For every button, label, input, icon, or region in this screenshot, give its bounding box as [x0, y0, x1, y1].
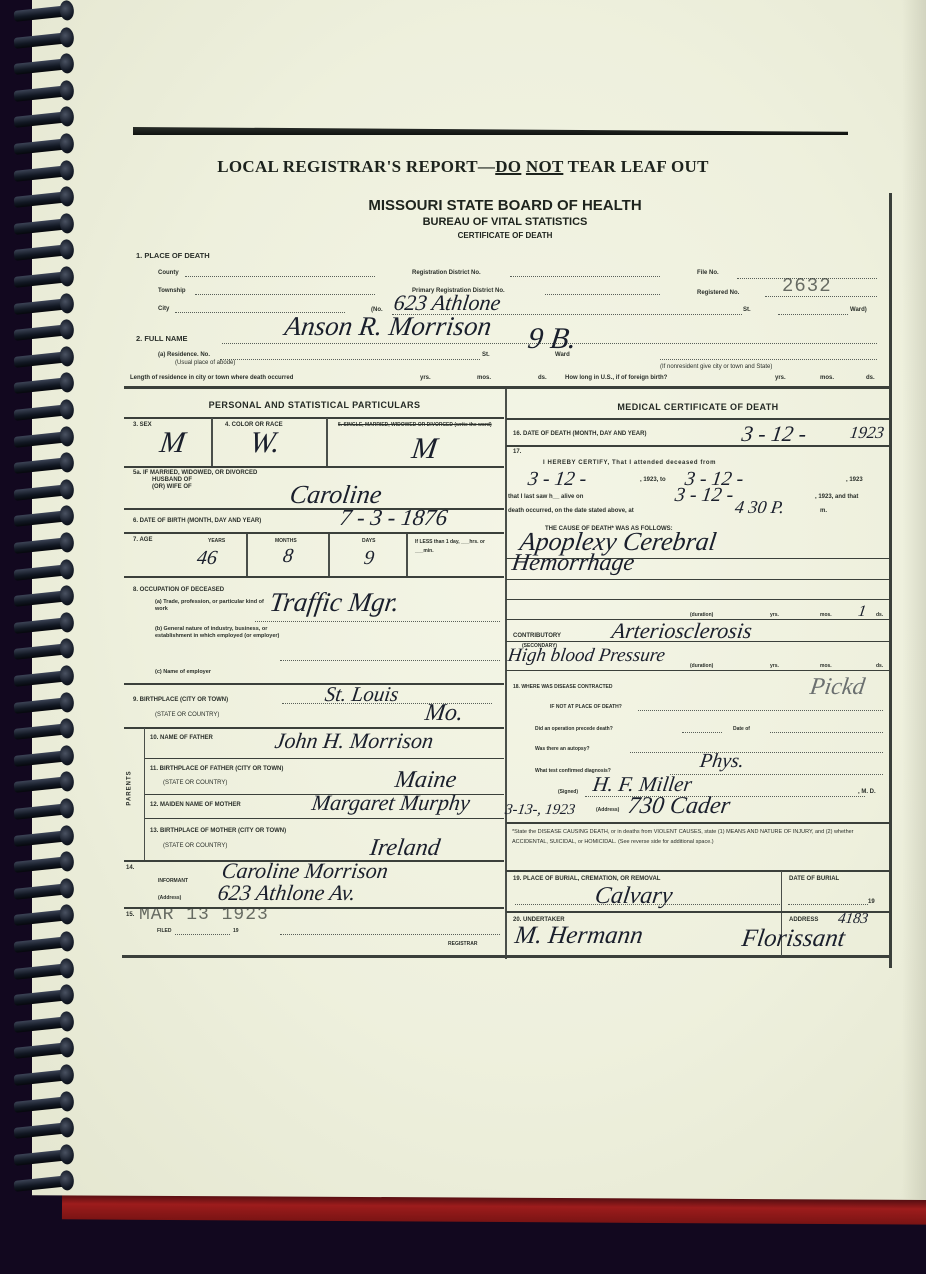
registrar-label: REGISTRAR	[448, 941, 477, 947]
divider	[326, 418, 328, 468]
burial-label: 19. PLACE OF BURIAL, CREMATION, OR REMOV…	[513, 876, 660, 882]
filed-stamp: MAR 13 1923	[139, 905, 269, 925]
dob-value: 7 - 3 - 1876	[338, 505, 449, 531]
duration2-yrs: yrs.	[770, 663, 779, 669]
race-value: W.	[248, 426, 283, 460]
where-value: Pickd	[808, 674, 866, 701]
operation-field[interactable]	[682, 732, 722, 733]
reg-district-field[interactable]	[510, 276, 660, 277]
registered-no-value: 2632	[782, 275, 832, 297]
spouse-label-3: (OR) WIFE OF	[152, 484, 192, 490]
footnote: *State the DISEASE CAUSING DEATH, or in …	[512, 827, 884, 847]
residence-field[interactable]	[220, 359, 480, 360]
filed-19: 19	[233, 928, 239, 934]
length-ds: ds.	[538, 375, 547, 381]
death-occurred-label: death occurred, on the date stated above…	[508, 508, 634, 514]
full-name-value: Anson R. Morrison	[283, 311, 494, 342]
occ-a-field[interactable]	[255, 621, 500, 622]
burial-value: Calvary	[593, 883, 674, 910]
report-title-pre: LOCAL REGISTRAR'S REPORT—	[217, 157, 495, 176]
attended-to-year: , 1923	[846, 477, 863, 483]
address-value: 730 Cader	[626, 793, 732, 820]
autopsy-field[interactable]	[630, 752, 883, 753]
report-title: LOCAL REGISTRAR'S REPORT—DO NOT TEAR LEA…	[0, 157, 926, 177]
filed-num: 15.	[126, 912, 134, 918]
last-saw-year: , 1923, and that	[815, 494, 858, 500]
filed-label: FILED	[157, 928, 171, 934]
mother-label: 12. MAIDEN NAME OF MOTHER	[150, 802, 241, 808]
report-title-not: NOT	[526, 157, 563, 176]
file-no-label: File No.	[697, 270, 719, 276]
burial-field[interactable]	[515, 904, 780, 905]
ward-label: Ward)	[850, 307, 867, 313]
birthplace-state-label: (STATE OR COUNTRY)	[155, 712, 219, 718]
column-divider	[505, 389, 507, 959]
occupation-label: 8. OCCUPATION OF DECEASED	[133, 587, 224, 593]
date-burial-label: DATE OF BURIAL	[789, 876, 839, 882]
years-label: YEARS	[208, 538, 225, 544]
time-suffix: m.	[820, 508, 827, 514]
divider	[506, 911, 889, 913]
divider	[145, 818, 504, 819]
divider	[246, 534, 248, 576]
primary-reg-district-field[interactable]	[545, 294, 660, 295]
informant-address-value: 623 Athlone Av.	[216, 880, 357, 906]
last-saw-label: that I last saw h__ alive on	[508, 494, 583, 500]
death-certificate-form: LOCAL REGISTRAR'S REPORT—DO NOT TEAR LEA…	[0, 0, 926, 1274]
mother-state-label: (STATE OR COUNTRY)	[163, 843, 227, 849]
father-birthplace-label: 11. BIRTHPLACE OF FATHER (CITY OR TOWN)	[150, 766, 283, 772]
test-field[interactable]	[670, 774, 883, 775]
date-of-death-year: 1923	[849, 423, 886, 443]
residence-ward-label: Ward	[555, 352, 570, 358]
duration-mos: mos.	[820, 612, 832, 618]
bureau-title: BUREAU OF VITAL STATISTICS	[0, 216, 926, 228]
residence-extra-field[interactable]	[660, 359, 877, 360]
informant-label: INFORMANT	[158, 878, 188, 884]
mother-value: Margaret Murphy	[310, 790, 472, 816]
date-of-death-value: 3 - 12 -	[740, 421, 808, 447]
bottom-rule	[122, 955, 892, 958]
place-of-death-label: 1. PLACE OF DEATH	[136, 251, 210, 260]
occ-b-label: (b) General nature of industry, business…	[155, 626, 285, 640]
occ-a-value: Traffic Mgr.	[268, 587, 401, 618]
parents-label: PARENTS	[127, 770, 133, 805]
length-residence-label: Length of residence in city or town wher…	[130, 375, 293, 381]
age-label: 7. AGE	[133, 537, 152, 543]
where-field[interactable]	[638, 710, 883, 711]
date-of-label: Date of	[733, 726, 750, 732]
mother-birthplace-label: 13. BIRTHPLACE OF MOTHER (CITY OR TOWN)	[150, 828, 286, 834]
report-title-do: DO	[495, 157, 521, 176]
address2-label: ADDRESS	[789, 917, 818, 923]
test-value: Phys.	[698, 750, 745, 773]
length-mos: mos.	[477, 375, 491, 381]
divider	[506, 599, 889, 600]
operation-label: Did an operation precede death?	[535, 726, 613, 732]
divider	[506, 670, 889, 671]
registrar-field[interactable]	[280, 934, 500, 935]
registered-no-label: Registered No.	[697, 290, 739, 296]
duration2-mos: mos.	[820, 663, 832, 669]
occ-a-label: (a) Trade, profession, or particular kin…	[155, 599, 265, 613]
days-label: DAYS	[362, 538, 375, 544]
personal-section-title: PERSONAL AND STATISTICAL PARTICULARS	[124, 400, 505, 410]
attended-from-year: , 1923, to	[640, 477, 666, 483]
divider	[506, 445, 889, 447]
md-label: , M. D.	[858, 789, 876, 795]
marital-label: 5. SINGLE, MARRIED, WIDOWED OR DIVORCED …	[338, 422, 498, 429]
township-field[interactable]	[195, 294, 375, 295]
time-value: 4 30 P.	[734, 497, 786, 518]
address-label: (Address)	[596, 807, 619, 813]
less-than-label: If LESS than 1 day, ___hrs. or ___min.	[415, 538, 495, 556]
county-field[interactable]	[185, 276, 375, 277]
city-label: City	[158, 306, 169, 312]
divider	[506, 641, 889, 642]
sex-value: M	[158, 426, 188, 460]
date-burial-19: 19	[868, 899, 875, 905]
divider	[124, 417, 504, 419]
section-divider-top	[124, 386, 890, 389]
ward-field[interactable]	[778, 314, 848, 315]
divider	[211, 418, 213, 468]
residence-st-label: St.	[482, 352, 490, 358]
how-long-mos: mos.	[820, 375, 834, 381]
marital-value: M	[410, 432, 440, 466]
full-name-label: 2. FULL NAME	[136, 334, 188, 343]
residence-ward-value: 9 B.	[526, 322, 579, 356]
county-label: County	[158, 270, 179, 276]
divider	[124, 683, 504, 685]
attended-from: 3 - 12 -	[526, 468, 588, 491]
duration2-ds: ds.	[876, 663, 883, 669]
medical-section-title: MEDICAL CERTIFICATE OF DEATH	[506, 402, 890, 412]
address2-city: Florissant	[740, 925, 847, 953]
days-value: 9	[362, 547, 375, 570]
father-value: John H. Morrison	[273, 728, 435, 754]
length-yrs: yrs.	[420, 375, 431, 381]
sex-label: 3. SEX	[133, 422, 152, 428]
how-long-label: How long in U.S., if of foreign birth?	[565, 375, 667, 381]
top-rule	[133, 127, 848, 135]
signed-date-value: 3-13-, 1923	[504, 802, 576, 819]
certificate-title: CERTIFICATE OF DEATH	[0, 231, 926, 240]
township-label: Township	[158, 288, 186, 294]
usual-place-label: (Usual place of abode)	[175, 360, 235, 366]
dob-label: 6. DATE OF BIRTH (MONTH, DAY AND YEAR)	[133, 518, 261, 524]
undertaker-value: M. Hermann	[513, 922, 645, 950]
date-of-death-label: 16. DATE OF DEATH (MONTH, DAY AND YEAR)	[513, 431, 646, 437]
divider	[506, 579, 889, 580]
months-value: 8	[281, 545, 294, 568]
divider	[124, 466, 504, 468]
duration-ds: ds.	[876, 612, 883, 618]
secondary-value: High blood Pressure	[506, 645, 666, 667]
nonresident-note: (If nonresident give city or town and St…	[660, 364, 772, 370]
last-saw-value: 3 - 12 -	[673, 484, 735, 507]
divider	[506, 870, 889, 872]
autopsy-label: Was there an autopsy?	[535, 746, 590, 752]
frame-right	[889, 193, 892, 968]
residence-label: (a) Residence. No.	[158, 352, 210, 358]
contributory-label: CONTRIBUTORY	[513, 633, 561, 639]
birthplace-state-value: Mo.	[423, 700, 465, 727]
where-contracted-label: 18. WHERE WAS DISEASE CONTRACTED	[513, 684, 612, 690]
divider	[506, 418, 889, 420]
duration-yrs: yrs.	[770, 612, 779, 618]
years-value: 46	[195, 547, 218, 570]
months-label: MONTHS	[275, 538, 297, 544]
informant-num: 14.	[126, 865, 134, 871]
certify-text: I HEREBY CERTIFY, That I attended deceas…	[543, 460, 716, 466]
report-title-post: TEAR LEAF OUT	[568, 157, 709, 176]
how-long-yrs: yrs.	[775, 375, 786, 381]
divider	[124, 532, 504, 534]
divider	[328, 534, 330, 576]
reg-district-label: Registration District No.	[412, 270, 481, 276]
street-st-label: St.	[743, 307, 751, 313]
board-title: MISSOURI STATE BOARD OF HEALTH	[0, 197, 926, 214]
duration2-label: (duration)	[690, 663, 713, 669]
father-state-label: (STATE OR COUNTRY)	[163, 780, 227, 786]
spouse-label-1: 5a. IF MARRIED, WIDOWED, OR DIVORCED	[133, 470, 257, 476]
divider	[406, 534, 408, 576]
birthplace-label: 9. BIRTHPLACE (CITY OR TOWN)	[133, 697, 228, 703]
father-label: 10. NAME OF FATHER	[150, 735, 213, 741]
how-long-ds: ds.	[866, 375, 875, 381]
signed-label: (Signed)	[558, 789, 578, 795]
occ-b-field[interactable]	[280, 660, 500, 661]
cause-line2: Hemorrhage	[510, 550, 636, 577]
divider	[506, 822, 889, 824]
spouse-label-2: HUSBAND OF	[152, 477, 192, 483]
divider	[145, 758, 504, 759]
date-of-field[interactable]	[770, 732, 883, 733]
filed-field[interactable]	[175, 934, 230, 935]
date-burial-field[interactable]	[788, 904, 868, 905]
informant-address-label: (Address)	[158, 895, 181, 901]
occ-c-label: (c) Name of employer	[155, 669, 211, 675]
divider	[124, 576, 504, 578]
if-not-label: IF NOT AT PLACE OF DEATH?	[550, 704, 622, 710]
item-17: 17.	[513, 449, 521, 455]
